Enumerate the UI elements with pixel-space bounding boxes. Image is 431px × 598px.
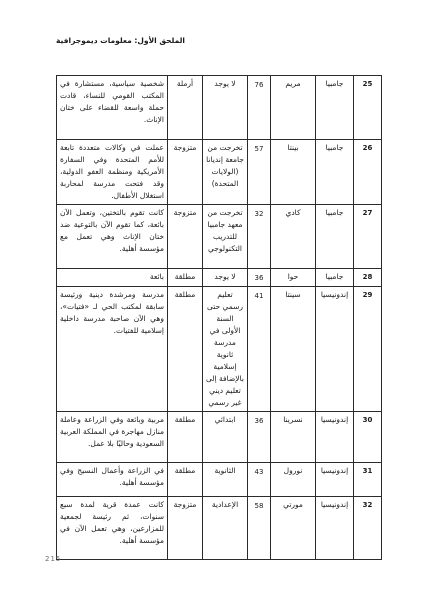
education-cell: ابتدائي [203,412,248,463]
name-cell: نسرينا [271,412,316,463]
description-cell: عملت في وكالات متعددة تابعة للأمم المتحد… [57,140,168,205]
education-cell: تعليم رسمي حتى السنة الأولى في مدرسة ثان… [203,287,248,412]
description-cell: بائعة [57,269,168,287]
age-cell: 36 [248,412,271,463]
marital-status-cell: متزوجة [168,205,203,269]
row-number-cell: 28 [354,269,382,287]
age-cell: 58 [248,497,271,560]
row-number-cell: 32 [354,497,382,560]
row-number-cell: 29 [354,287,382,412]
table-row: 27 جامبيا كادي 32 تخرجت من معهد جامبيا ل… [57,205,382,269]
document-page: الملحق الأول: معلومات ديموجرافية 25 جامب… [0,0,431,598]
age-cell: 76 [248,76,271,140]
table-row: 26 جامبيا بينتا 57 تخرجت من جامعة إنديان… [57,140,382,205]
education-cell: تخرجت من معهد جامبيا للتدريب التكنولوجي [203,205,248,269]
marital-status-cell: مطلقة [168,412,203,463]
country-cell: جامبيا [316,140,354,205]
name-cell: بينتا [271,140,316,205]
table-row: 31 إندونيسيا نورول 43 الثانوية مطلقة في … [57,463,382,497]
age-cell: 41 [248,287,271,412]
marital-status-cell: أرملة [168,76,203,140]
row-number-cell: 27 [354,205,382,269]
education-cell: الثانوية [203,463,248,497]
education-cell: الإعدادية [203,497,248,560]
name-cell: حوا [271,269,316,287]
row-number-cell: 31 [354,463,382,497]
name-cell: مريم [271,76,316,140]
country-cell: إندونيسيا [316,497,354,560]
country-cell: جامبيا [316,76,354,140]
demographics-table: 25 جامبيا مريم 76 لا يوجد أرملة شخصية سي… [56,75,382,560]
description-cell: مربية وبائعة وفي الزراعة وعاملة منازل مه… [57,412,168,463]
table-row: 29 إندونيسيا سينتا 41 تعليم رسمي حتى الس… [57,287,382,412]
row-number-cell: 30 [354,412,382,463]
age-cell: 43 [248,463,271,497]
row-number-cell: 25 [354,76,382,140]
marital-status-cell: مطلقة [168,287,203,412]
marital-status-cell: متزوجة [168,497,203,560]
education-cell: لا يوجد [203,76,248,140]
marital-status-cell: متزوجة [168,140,203,205]
country-cell: إندونيسيا [316,463,354,497]
name-cell: نورول [271,463,316,497]
description-cell: مدرسة ومرشدة دينية ورئيسة سابقة لمكتب ال… [57,287,168,412]
marital-status-cell: مطلقة [168,463,203,497]
name-cell: كادي [271,205,316,269]
name-cell: سينتا [271,287,316,412]
country-cell: جامبيا [316,269,354,287]
table-row: 28 جامبيا حوا 36 لا يوجد مطلقة بائعة [57,269,382,287]
age-cell: 32 [248,205,271,269]
table-row: 32 إندونيسيا مورتي 58 الإعدادية متزوجة ك… [57,497,382,560]
country-cell: إندونيسيا [316,287,354,412]
description-cell: شخصية سياسية، مستشارة في المكتب القومي ل… [57,76,168,140]
description-cell: كانت تقوم بالتختين، وتعمل الآن بائعة، كم… [57,205,168,269]
education-cell: لا يوجد [203,269,248,287]
page-number: 215 [45,555,61,563]
row-number-cell: 26 [354,140,382,205]
marital-status-cell: مطلقة [168,269,203,287]
appendix-header: الملحق الأول: معلومات ديموجرافية [56,36,185,45]
description-cell: في الزراعة وأعمال النسيج وفي مؤسسة أهلية… [57,463,168,497]
education-cell: تخرجت من جامعة إنديانا (الولايات المتحدة… [203,140,248,205]
table-row: 30 إندونيسيا نسرينا 36 ابتدائي مطلقة مرب… [57,412,382,463]
country-cell: جامبيا [316,205,354,269]
country-cell: إندونيسيا [316,412,354,463]
age-cell: 36 [248,269,271,287]
age-cell: 57 [248,140,271,205]
name-cell: مورتي [271,497,316,560]
demographics-table-container: 25 جامبيا مريم 76 لا يوجد أرملة شخصية سي… [57,75,382,560]
table-row: 25 جامبيا مريم 76 لا يوجد أرملة شخصية سي… [57,76,382,140]
description-cell: كانت عمدة قرية لمدة سبع سنوات، ثم رئيسة … [57,497,168,560]
